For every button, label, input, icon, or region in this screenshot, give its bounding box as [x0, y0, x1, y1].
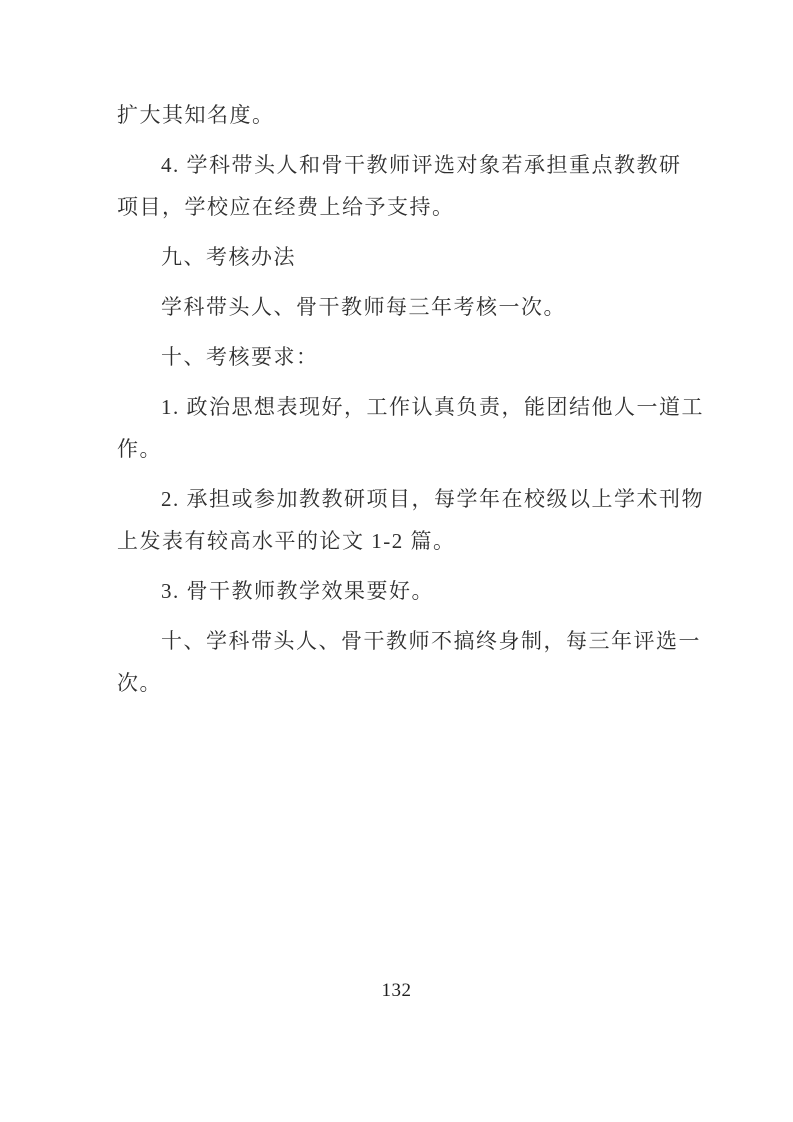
text-line: 学科带头人、骨干教师每三年考核一次。	[117, 286, 665, 328]
text-line: 十、考核要求：	[117, 336, 665, 378]
text-line: 项目，学校应在经费上给予支持。	[117, 186, 665, 228]
paragraph-continuation: 扩大其知名度。	[117, 94, 665, 136]
text-line: 1. 政治思想表现好，工作认真负责，能团结他人一道工	[117, 386, 665, 428]
document-page: 扩大其知名度。 4. 学科带头人和骨干教师评选对象若承担重点教教研 项目，学校应…	[0, 0, 793, 1122]
text-line: 作。	[117, 428, 665, 470]
paragraph-item-1: 1. 政治思想表现好，工作认真负责，能团结他人一道工 作。	[117, 386, 665, 470]
paragraph-item-3: 3. 骨干教师教学效果要好。	[117, 570, 665, 612]
text-line: 九、考核办法	[117, 236, 665, 278]
paragraph-item-2: 2. 承担或参加教教研项目，每学年在校级以上学术刊物 上发表有较高水平的论文 1…	[117, 478, 665, 562]
section-heading-ten: 十、考核要求：	[117, 336, 665, 378]
text-line: 2. 承担或参加教教研项目，每学年在校级以上学术刊物	[117, 478, 665, 520]
paragraph-term-limit: 十、学科带头人、骨干教师不搞终身制，每三年评选一 次。	[117, 620, 665, 704]
paragraph-assessment-cycle: 学科带头人、骨干教师每三年考核一次。	[117, 286, 665, 328]
text-line: 4. 学科带头人和骨干教师评选对象若承担重点教教研	[117, 144, 665, 186]
text-line: 十、学科带头人、骨干教师不搞终身制，每三年评选一	[117, 620, 665, 662]
text-line: 次。	[117, 662, 665, 704]
paragraph-item-4: 4. 学科带头人和骨干教师评选对象若承担重点教教研 项目，学校应在经费上给予支持…	[117, 144, 665, 228]
text-line: 3. 骨干教师教学效果要好。	[117, 570, 665, 612]
document-body: 扩大其知名度。 4. 学科带头人和骨干教师评选对象若承担重点教教研 项目，学校应…	[117, 94, 665, 712]
section-heading-nine: 九、考核办法	[117, 236, 665, 278]
text-line: 上发表有较高水平的论文 1-2 篇。	[117, 520, 665, 562]
text-line: 扩大其知名度。	[117, 94, 665, 136]
page-number: 132	[0, 980, 793, 1002]
